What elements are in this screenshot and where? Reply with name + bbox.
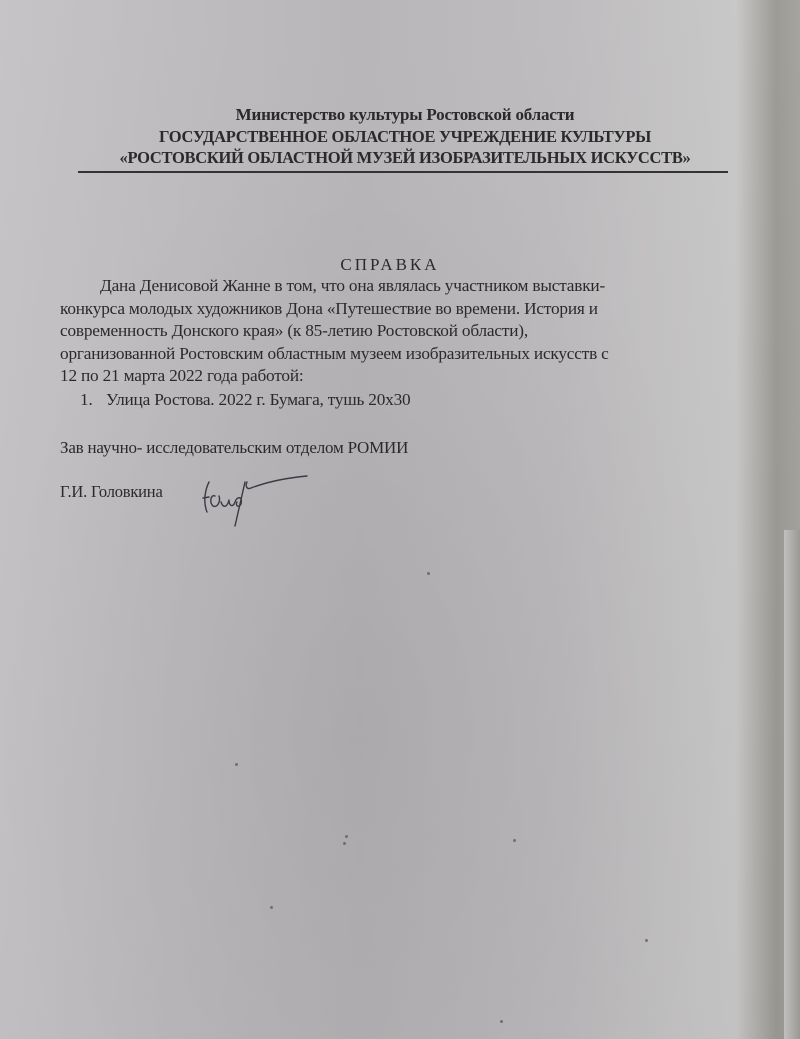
- document-title: СПРАВКА: [0, 255, 780, 275]
- works-list-item: 1.Улица Ростова. 2022 г. Бумага, тушь 20…: [60, 389, 750, 412]
- signer-name: Г.И. Головкина: [60, 482, 163, 502]
- paragraph-line: организованной Ростовским областным музе…: [60, 343, 750, 366]
- letterhead: Министерство культуры Ростовской области…: [80, 104, 730, 168]
- document-body: Дана Денисовой Жанне в том, что она явля…: [60, 275, 750, 411]
- paper-speck: [513, 839, 516, 842]
- paragraph-line: Дана Денисовой Жанне в том, что она явля…: [60, 275, 750, 298]
- paragraph-line: 12 по 21 марта 2022 года работой:: [60, 365, 750, 388]
- institution-type: ГОСУДАРСТВЕННОЕ ОБЛАСТНОЕ УЧРЕЖДЕНИЕ КУЛ…: [80, 126, 730, 147]
- museum-name: «РОСТОВСКИЙ ОБЛАСТНОЙ МУЗЕЙ ИЗОБРАЗИТЕЛЬ…: [80, 147, 730, 168]
- signer-position: Зав научно- исследовательским отделом РО…: [60, 438, 408, 458]
- item-text: Улица Ростова. 2022 г. Бумага, тушь 20х3…: [106, 390, 410, 409]
- ministry-name: Министерство культуры Ростовской области: [80, 104, 730, 126]
- paper-speck: [345, 835, 348, 838]
- paper-speck: [270, 906, 273, 909]
- paper-speck: [427, 572, 430, 575]
- paper-speck: [343, 842, 346, 845]
- signature-icon: [195, 468, 325, 528]
- paragraph-line: современность Донского края» (к 85-летию…: [60, 320, 750, 343]
- paragraph-line: конкурса молодых художников Дона «Путеше…: [60, 298, 750, 321]
- paper-speck: [500, 1020, 503, 1023]
- letterhead-divider: [78, 171, 728, 173]
- paper-speck: [235, 763, 238, 766]
- paper-edge: [784, 530, 800, 1039]
- paper-speck: [645, 939, 648, 942]
- item-number: 1.: [80, 389, 106, 412]
